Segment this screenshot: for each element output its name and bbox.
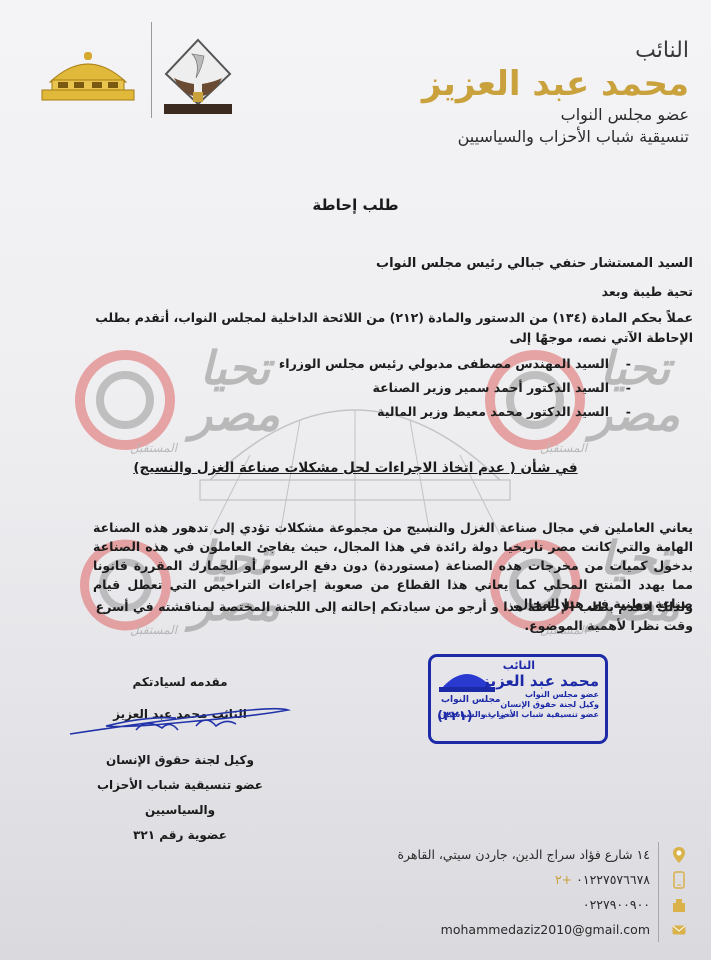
addressee: السيد المستشار حنفي جبالي رئيس مجلس النو… <box>93 256 693 271</box>
topic-heading: في شأن ( عدم اتخاذ الاجراءات لحل مشكلات … <box>0 460 711 476</box>
contact-mobile-prefix: +٢ <box>555 872 572 887</box>
signature-roles: وكيل لجنة حقوق الإنسان عضو تنسيقية شباب … <box>70 748 290 848</box>
letterhead-name: محمد عبد العزيز <box>422 64 689 104</box>
contact-separator <box>658 842 659 867</box>
letterhead: النائب محمد عبد العزيز عضو مجلس النواب ت… <box>422 38 689 148</box>
logo-divider <box>151 22 152 118</box>
recipient-item: السيد الدكتور محمد معيط وزير المالية <box>31 400 631 424</box>
document-title: طلب إحاطة <box>0 196 711 214</box>
closing-paragraph: ولذلك اتقدم بطلب الإحاطة هذا و أرجو من س… <box>93 597 693 635</box>
watermark-sub: المستقبل <box>540 441 587 455</box>
contact-mobile: ٠١٢٢٧٥٧٦٦٧٨ <box>576 872 650 887</box>
stamp-line2: وكيل لجنة حقوق الإنسان <box>439 700 599 710</box>
parliament-dome-logo-icon <box>36 46 140 102</box>
youth-coordination-logo-icon <box>160 34 236 118</box>
recipient-item: السيد الدكتور أحمد سمير وزير الصناعة <box>31 376 631 400</box>
greeting: تحية طيبة وبعد <box>93 284 693 299</box>
contact-separator <box>658 917 659 942</box>
recipients-list: السيد المهندس مصطفى مدبولي رئيس مجلس الو… <box>31 352 631 424</box>
contact-landline: ٠٢٢٧٩٠٠٩٠٠ <box>583 897 650 912</box>
contact-mobile-row: ٠١٢٢٧٥٧٦٦٧٨ +٢ <box>397 867 689 892</box>
watermark-sub: المستقبل <box>130 441 177 455</box>
stamp-name: محمد عبد العزيز <box>439 672 599 690</box>
contact-footer: ١٤ شارع فؤاد سراج الدين، جاردن سيتي، الق… <box>397 842 689 942</box>
signer-role-2: عضو تنسيقية شباب الأحزاب والسياسيين <box>70 773 290 823</box>
contact-address: ١٤ شارع فؤاد سراج الدين، جاردن سيتي، الق… <box>397 847 650 862</box>
handwritten-signature-icon <box>66 700 296 742</box>
topic-text: في شأن ( عدم اتخاذ الاجراءات لحل مشكلات … <box>133 460 577 476</box>
contact-mobile-text: ٠١٢٢٧٥٧٦٦٧٨ +٢ <box>555 872 650 887</box>
contact-email-row: mohammedaziz2010@gmail.com <box>397 917 689 942</box>
telephone-icon <box>669 895 689 915</box>
stamp-line1: عضو مجلس النواب <box>439 690 599 700</box>
letterhead-line1: عضو مجلس النواب <box>422 104 689 126</box>
contact-separator <box>658 892 659 917</box>
recipient-item: السيد المهندس مصطفى مدبولي رئيس مجلس الو… <box>31 352 631 376</box>
letterhead-title: النائب <box>422 38 689 64</box>
mobile-phone-icon <box>669 870 689 890</box>
stamp-title: النائب <box>439 659 599 672</box>
stamp-line3: عضو تنسيقية شباب الأحزاب والسياسيين <box>439 710 599 720</box>
contact-email[interactable]: mohammedaziz2010@gmail.com <box>441 922 650 937</box>
intro-paragraph: عملاً بحكم المادة (١٣٤) من الدستور والما… <box>93 308 693 348</box>
contact-landline-row: ٠٢٢٧٩٠٠٩٠٠ <box>397 892 689 917</box>
stamp-text: النائب محمد عبد العزيز عضو مجلس النواب و… <box>439 659 599 720</box>
signer-role-1: وكيل لجنة حقوق الإنسان <box>70 748 290 773</box>
letterhead-line2: تنسيقية شباب الأحزاب والسياسيين <box>422 126 689 148</box>
document-page: تحيا مصر المستقبل تحيا مصر المستقبل تحيا… <box>0 0 711 960</box>
signer-membership: عضوية رقم ٣٢١ <box>70 823 290 848</box>
envelope-icon <box>669 920 689 940</box>
official-stamp: مجلس النواب عضوية رقم (٣٢١) النائب محمد … <box>428 654 608 744</box>
contact-separator <box>658 867 659 892</box>
contact-address-row: ١٤ شارع فؤاد سراج الدين، جاردن سيتي، الق… <box>397 842 689 867</box>
submitted-to: مقدمه لسيادتكم <box>70 672 290 692</box>
location-pin-icon <box>669 845 689 865</box>
